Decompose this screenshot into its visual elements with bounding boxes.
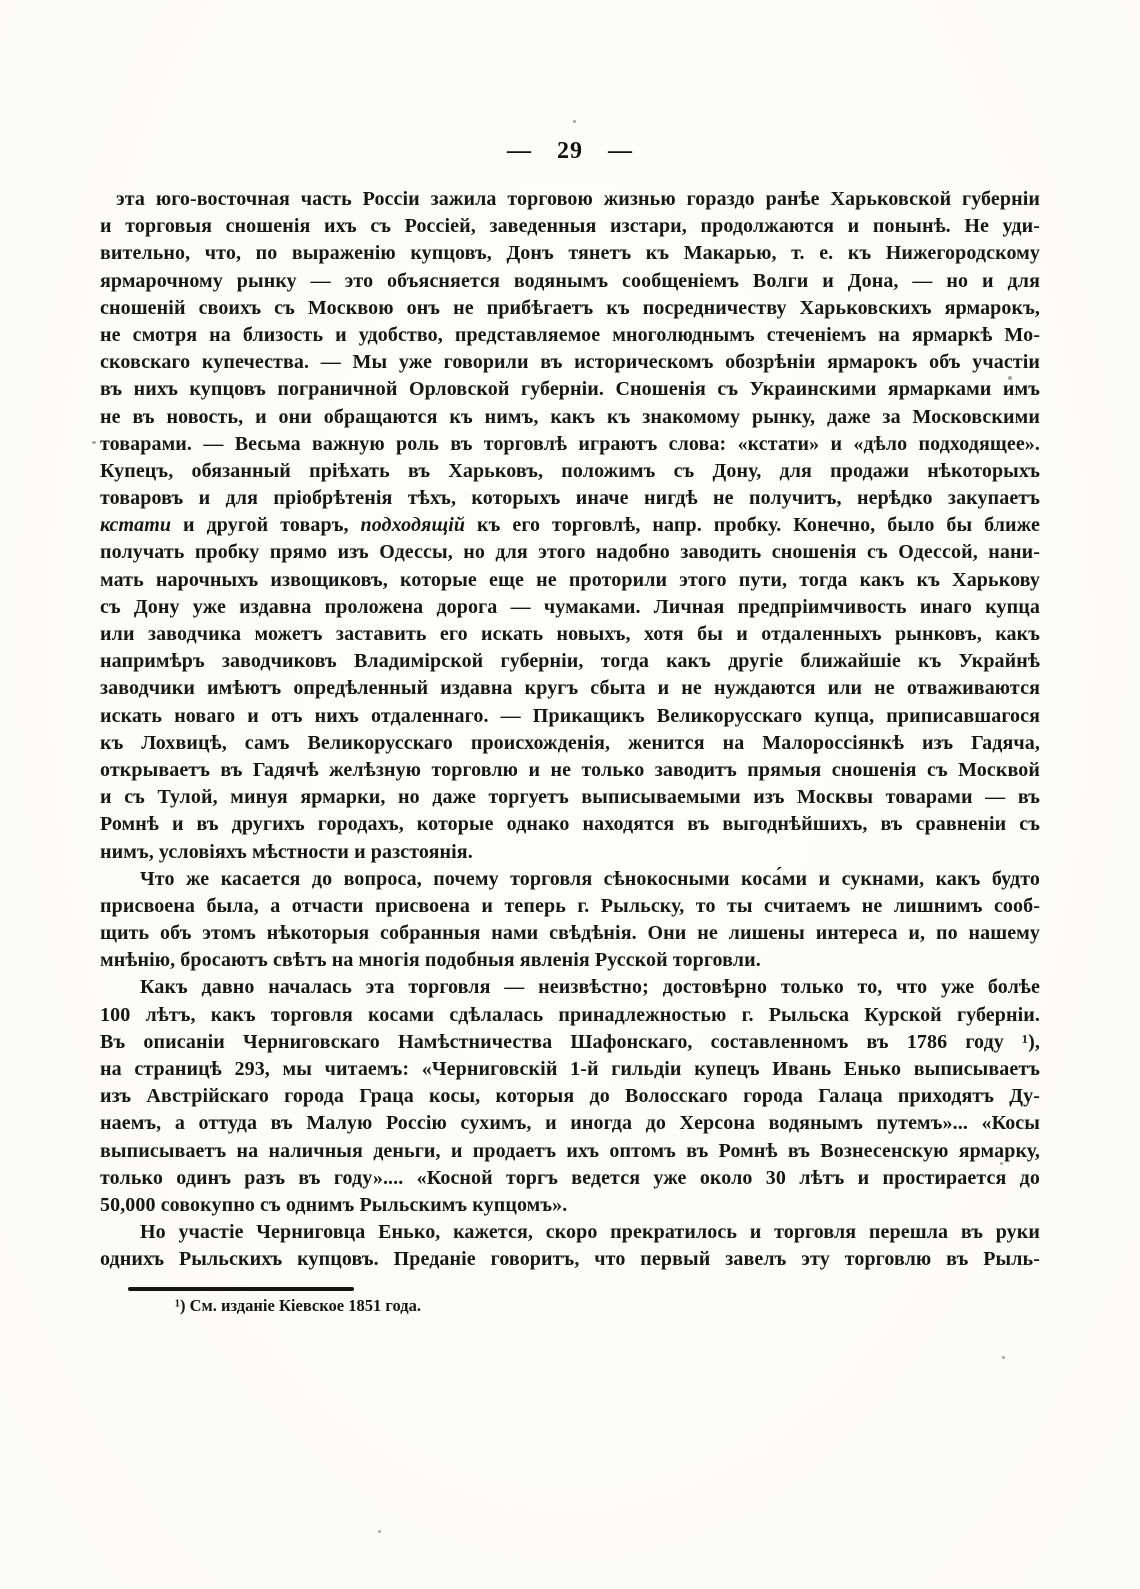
text-line: съ Дону уже издавна проложена дорога — ч…: [100, 594, 1040, 621]
text-line: заводчики имѣютъ опредѣленный издавна кр…: [100, 675, 1040, 702]
text-line: однихъ Рыльскихъ купцовъ. Преданіе говор…: [100, 1246, 1040, 1273]
text-segment: искать новаго и отъ нихъ отдаленнаго. — …: [100, 705, 1040, 727]
text-segment: нимъ, условіяхъ мѣстности и разстоянія.: [100, 841, 473, 863]
text-line: Въ описаніи Черниговскаго Намѣстничества…: [100, 1029, 1040, 1056]
text-segment: получать пробку прямо изъ Одессы, но для…: [100, 541, 1040, 563]
text-line: мать нарочныхъ извощиковъ, которые еще н…: [100, 567, 1040, 594]
text-line: нимъ, условіяхъ мѣстности и разстоянія.: [100, 839, 1040, 866]
text-line: въ нихъ купцовъ пограничной Орловской гу…: [100, 376, 1040, 403]
text-segment: не въ новость, и они обращаются къ нимъ,…: [100, 406, 1040, 428]
text-segment: не смотря на близость и удобство, предст…: [100, 324, 1040, 346]
scan-speck: [1002, 1356, 1005, 1359]
text-segment: вительно, что, по выраженію купцовъ, Дон…: [100, 242, 1040, 264]
text-segment: напримѣръ заводчиковъ Владимірской губер…: [100, 650, 1040, 672]
scanned-book-page: — 29 — эта юго-восточная часть Россіи за…: [0, 0, 1140, 1589]
text-segment: открываетъ въ Гадячѣ желѣзную торговлю и…: [100, 759, 1040, 781]
text-segment: ярмарочному рынку — это объясняется водя…: [100, 270, 1040, 292]
text-segment: сковскаго купечества. — Мы уже говорили …: [100, 351, 1040, 373]
text-segment: съ Дону уже издавна проложена дорога — ч…: [100, 596, 1040, 618]
page-number: — 29 —: [0, 138, 1140, 165]
text-line: выписываетъ на наличныя деньги, и продае…: [100, 1138, 1040, 1165]
text-line: только одинъ разъ въ году».... «Косной т…: [100, 1165, 1040, 1192]
text-line: Ромнѣ и въ другихъ городахъ, которые одн…: [100, 811, 1040, 838]
text-segment: щить объ этомъ нѣкоторыя собранныя нами …: [100, 922, 1040, 944]
footnote-text: ¹) См. изданіе Кіевское 1851 года.: [175, 1296, 421, 1316]
text-segment: заводчики имѣютъ опредѣленный издавна кр…: [100, 677, 1040, 699]
text-segment: 100 лѣтъ, какъ торговля косами сдѣлалась…: [100, 1004, 1040, 1026]
text-segment: присвоена была, а отчасти присвоена и те…: [100, 895, 1040, 917]
text-segment: товаровъ и для пріобрѣтенія тѣхъ, которы…: [100, 487, 1040, 509]
text-line: 100 лѣтъ, какъ торговля косами сдѣлалась…: [100, 1002, 1040, 1029]
text-line: щить объ этомъ нѣкоторыя собранныя нами …: [100, 920, 1040, 947]
text-line: 50,000 совокупно съ однимъ Рыльскимъ куп…: [100, 1192, 1040, 1219]
scan-speck: [1003, 983, 1006, 986]
text-segment: Какъ давно началась эта торговля — неизв…: [140, 976, 1040, 998]
text-segment: мнѣнію, бросаютъ свѣтъ на многія подобны…: [100, 949, 761, 971]
text-line: или заводчика можетъ заставить его искат…: [100, 621, 1040, 648]
text-segment: Купецъ, обязанный пріѣхать въ Харьковъ, …: [100, 460, 1040, 482]
text-segment: мать нарочныхъ извощиковъ, которые еще н…: [100, 569, 1040, 591]
text-line: Но участіе Черниговца Енько, кажется, ск…: [100, 1219, 1040, 1246]
text-segment: и торговыя сношенія ихъ съ Россіей, заве…: [100, 215, 1040, 237]
text-line: напримѣръ заводчиковъ Владимірской губер…: [100, 648, 1040, 675]
text-segment: Ромнѣ и въ другихъ городахъ, которые одн…: [100, 813, 1040, 835]
footnote-divider: [128, 1287, 354, 1291]
text-segment: однихъ Рыльскихъ купцовъ. Преданіе говор…: [100, 1248, 1040, 1270]
text-line: присвоена была, а отчасти присвоена и те…: [100, 893, 1040, 920]
text-line: получать пробку прямо изъ Одессы, но для…: [100, 539, 1040, 566]
text-segment: изъ Австрійскаго города Граца косы, кото…: [100, 1085, 1040, 1107]
text-line: и съ Тулой, минуя ярмарки, но даже торгу…: [100, 784, 1040, 811]
text-line: къ Лохвицѣ, самъ Великорусскаго происхож…: [100, 730, 1040, 757]
text-segment: или заводчика можетъ заставить его искат…: [100, 623, 1040, 645]
text-segment: къ Лохвицѣ, самъ Великорусскаго происхож…: [100, 732, 1040, 754]
italic-text: подходящій: [361, 514, 466, 536]
text-segment: эта юго-восточная часть Россіи зажила то…: [116, 188, 1040, 210]
scan-speck: [997, 444, 1000, 447]
text-line: не смотря на близость и удобство, предст…: [100, 322, 1040, 349]
text-line: открываетъ въ Гадячѣ желѣзную торговлю и…: [100, 757, 1040, 784]
text-segment: на страницѣ 293, мы читаемъ: «Черниговск…: [100, 1058, 1040, 1080]
scan-speck: [573, 120, 576, 123]
text-line: наемъ, а оттуда въ Малую Россію сухимъ, …: [100, 1110, 1040, 1137]
text-line: Купецъ, обязанный пріѣхать въ Харьковъ, …: [100, 458, 1040, 485]
text-segment: Въ описаніи Черниговскаго Намѣстничества…: [100, 1031, 1040, 1053]
text-line: Что же касается до вопроса, почему торго…: [100, 866, 1040, 893]
text-segment: 50,000 совокупно съ однимъ Рыльскимъ куп…: [100, 1194, 567, 1216]
text-line: искать новаго и отъ нихъ отдаленнаго. — …: [100, 703, 1040, 730]
text-line: ярмарочному рынку — это объясняется водя…: [100, 268, 1040, 295]
scan-speck: [1008, 376, 1012, 380]
text-segment: выписываетъ на наличныя деньги, и продае…: [100, 1140, 1040, 1162]
text-line: сношеній своихъ съ Москвою онъ не прибѣг…: [100, 295, 1040, 322]
text-line: товарами. — Весьма важную роль въ торгов…: [100, 431, 1040, 458]
text-segment: наемъ, а оттуда въ Малую Россію сухимъ, …: [100, 1112, 1040, 1134]
text-segment: въ нихъ купцовъ пограничной Орловской гу…: [100, 378, 1040, 400]
text-segment: къ его торговлѣ, напр. пробку. Конечно, …: [465, 514, 1040, 536]
text-segment: Но участіе Черниговца Енько, кажется, ск…: [140, 1221, 1040, 1243]
text-segment: и съ Тулой, минуя ярмарки, но даже торгу…: [100, 786, 1040, 808]
text-line: не въ новость, и они обращаются къ нимъ,…: [100, 404, 1040, 431]
scan-speck: [1012, 688, 1015, 691]
text-line: товаровъ и для пріобрѣтенія тѣхъ, которы…: [100, 485, 1040, 512]
text-segment: только одинъ разъ въ году».... «Косной т…: [100, 1167, 1040, 1189]
text-line: и торговыя сношенія ихъ съ Россіей, заве…: [100, 213, 1040, 240]
text-line: мнѣнію, бросаютъ свѣтъ на многія подобны…: [100, 947, 1040, 974]
italic-text: кстати: [100, 514, 171, 536]
text-line: кстати и другой товаръ, подходящій къ ег…: [100, 512, 1040, 539]
text-segment: и другой товаръ,: [171, 514, 360, 536]
text-line: Какъ давно началась эта торговля — неизв…: [100, 974, 1040, 1001]
text-line: эта юго-восточная часть Россіи зажила то…: [100, 186, 1040, 213]
text-segment: Что же касается до вопроса, почему торго…: [140, 868, 1040, 890]
text-line: изъ Австрійскаго города Граца косы, кото…: [100, 1083, 1040, 1110]
text-line: сковскаго купечества. — Мы уже говорили …: [100, 349, 1040, 376]
scan-speck: [1000, 1162, 1003, 1165]
scan-speck: [92, 441, 96, 444]
text-segment: товарами. — Весьма важную роль въ торгов…: [100, 433, 1040, 455]
text-line: на страницѣ 293, мы читаемъ: «Черниговск…: [100, 1056, 1040, 1083]
text-segment: сношеній своихъ съ Москвою онъ не прибѣг…: [100, 297, 1040, 319]
text-body: эта юго-восточная часть Россіи зажила то…: [100, 186, 1040, 1274]
scan-speck: [378, 1530, 381, 1533]
text-line: вительно, что, по выраженію купцовъ, Дон…: [100, 240, 1040, 267]
